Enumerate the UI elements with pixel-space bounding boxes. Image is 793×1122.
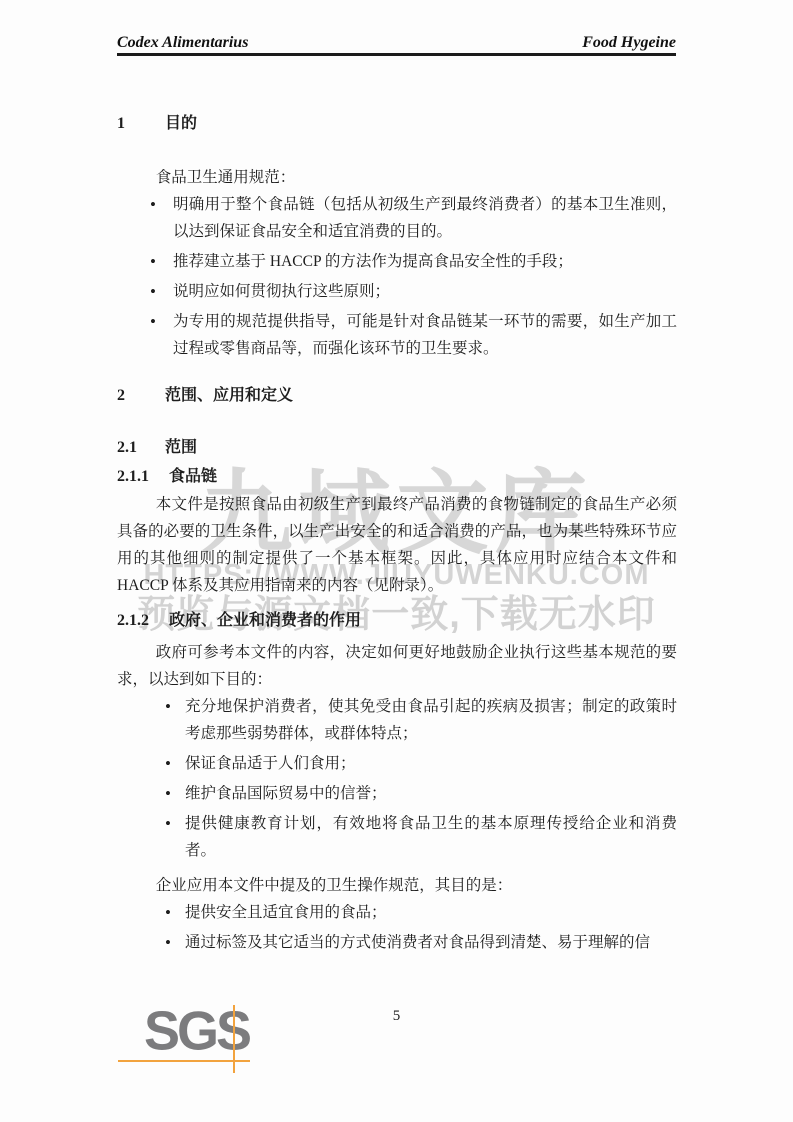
government-goals-bullet-list: 充分地保护消费者，使其免受由食品引起的疾病及损害；制定的政策时考虑那些弱势群体，… [117,693,677,864]
heading-section-2-1: 2.1 范围 [117,436,677,460]
heading-number: 2 [117,384,165,408]
list-item: 维护食品国际贸易中的信誉； [165,780,677,807]
enterprise-goals-bullet-list: 提供安全且适宜食用的食品； 通过标签及其它适当的方式使消费者对食品得到清楚、易于… [117,899,677,956]
heading-number: 2.1.2 [117,609,169,633]
document-body: 1 目的 食品卫生通用规范： 明确用于整个食品链（包括从初级生产到最终消费者）的… [117,112,677,956]
list-item: 提供安全且适宜食用的食品； [165,899,677,926]
paragraph-enterprise: 企业应用本文件中提及的卫生操作规范，其目的是： [117,872,677,899]
list-item: 通过标签及其它适当的方式使消费者对食品得到清楚、易于理解的信 [165,929,677,956]
purpose-bullet-list: 明确用于整个食品链（包括从初级生产到最终消费者）的基本卫生准则，以达到保证食品安… [117,191,677,362]
paragraph-food-chain: 本文件是按照食品由初级生产到最终产品消费的食物链制定的食品生产必须具备的必要的卫… [117,491,677,599]
list-item: 充分地保护消费者，使其免受由食品引起的疾病及损害；制定的政策时考虑那些弱势群体，… [165,693,677,747]
heading-section-2-1-1: 2.1.1 食品链 [117,465,677,489]
list-item: 说明应如何贯彻执行这些原则； [150,278,677,305]
heading-title: 政府、企业和消费者的作用 [169,609,677,633]
heading-title: 食品链 [169,465,677,489]
page-header: Codex Alimentarius Food Hygeine [117,34,676,56]
list-item: 推荐建立基于 HACCP 的方法作为提高食品安全性的手段； [150,248,677,275]
header-right-title: Food Hygeine [582,34,676,52]
heading-section-1: 1 目的 [117,112,677,136]
heading-section-2: 2 范围、应用和定义 [117,384,677,408]
sgs-logo-vertical-line [233,1005,235,1073]
heading-number: 1 [117,112,165,136]
heading-section-2-1-2: 2.1.2 政府、企业和消费者的作用 [117,609,677,633]
list-item: 保证食品适于人们食用； [165,750,677,777]
sgs-logo: SGS [118,1002,250,1074]
heading-number: 2.1 [117,436,165,460]
sgs-logo-horizontal-line [118,1060,250,1062]
list-item: 明确用于整个食品链（包括从初级生产到最终消费者）的基本卫生准则，以达到保证食品安… [150,191,677,245]
paragraph-government: 政府可参考本文件的内容，决定如何更好地鼓励企业执行这些基本规范的要求，以达到如下… [117,639,677,693]
paragraph-intro: 食品卫生通用规范： [117,164,677,191]
header-left-title: Codex Alimentarius [117,34,248,52]
heading-title: 目的 [165,112,677,136]
heading-title: 范围、应用和定义 [165,384,677,408]
list-item: 为专用的规范提供指导，可能是针对食品链某一环节的需要，如生产加工过程或零售商品等… [150,308,677,362]
list-item: 提供健康教育计划，有效地将食品卫生的基本原理传授给企业和消费者。 [165,810,677,864]
heading-title: 范围 [165,436,677,460]
heading-number: 2.1.1 [117,465,169,489]
document-page: Codex Alimentarius Food Hygeine 九域文库 HTT… [0,0,793,1122]
